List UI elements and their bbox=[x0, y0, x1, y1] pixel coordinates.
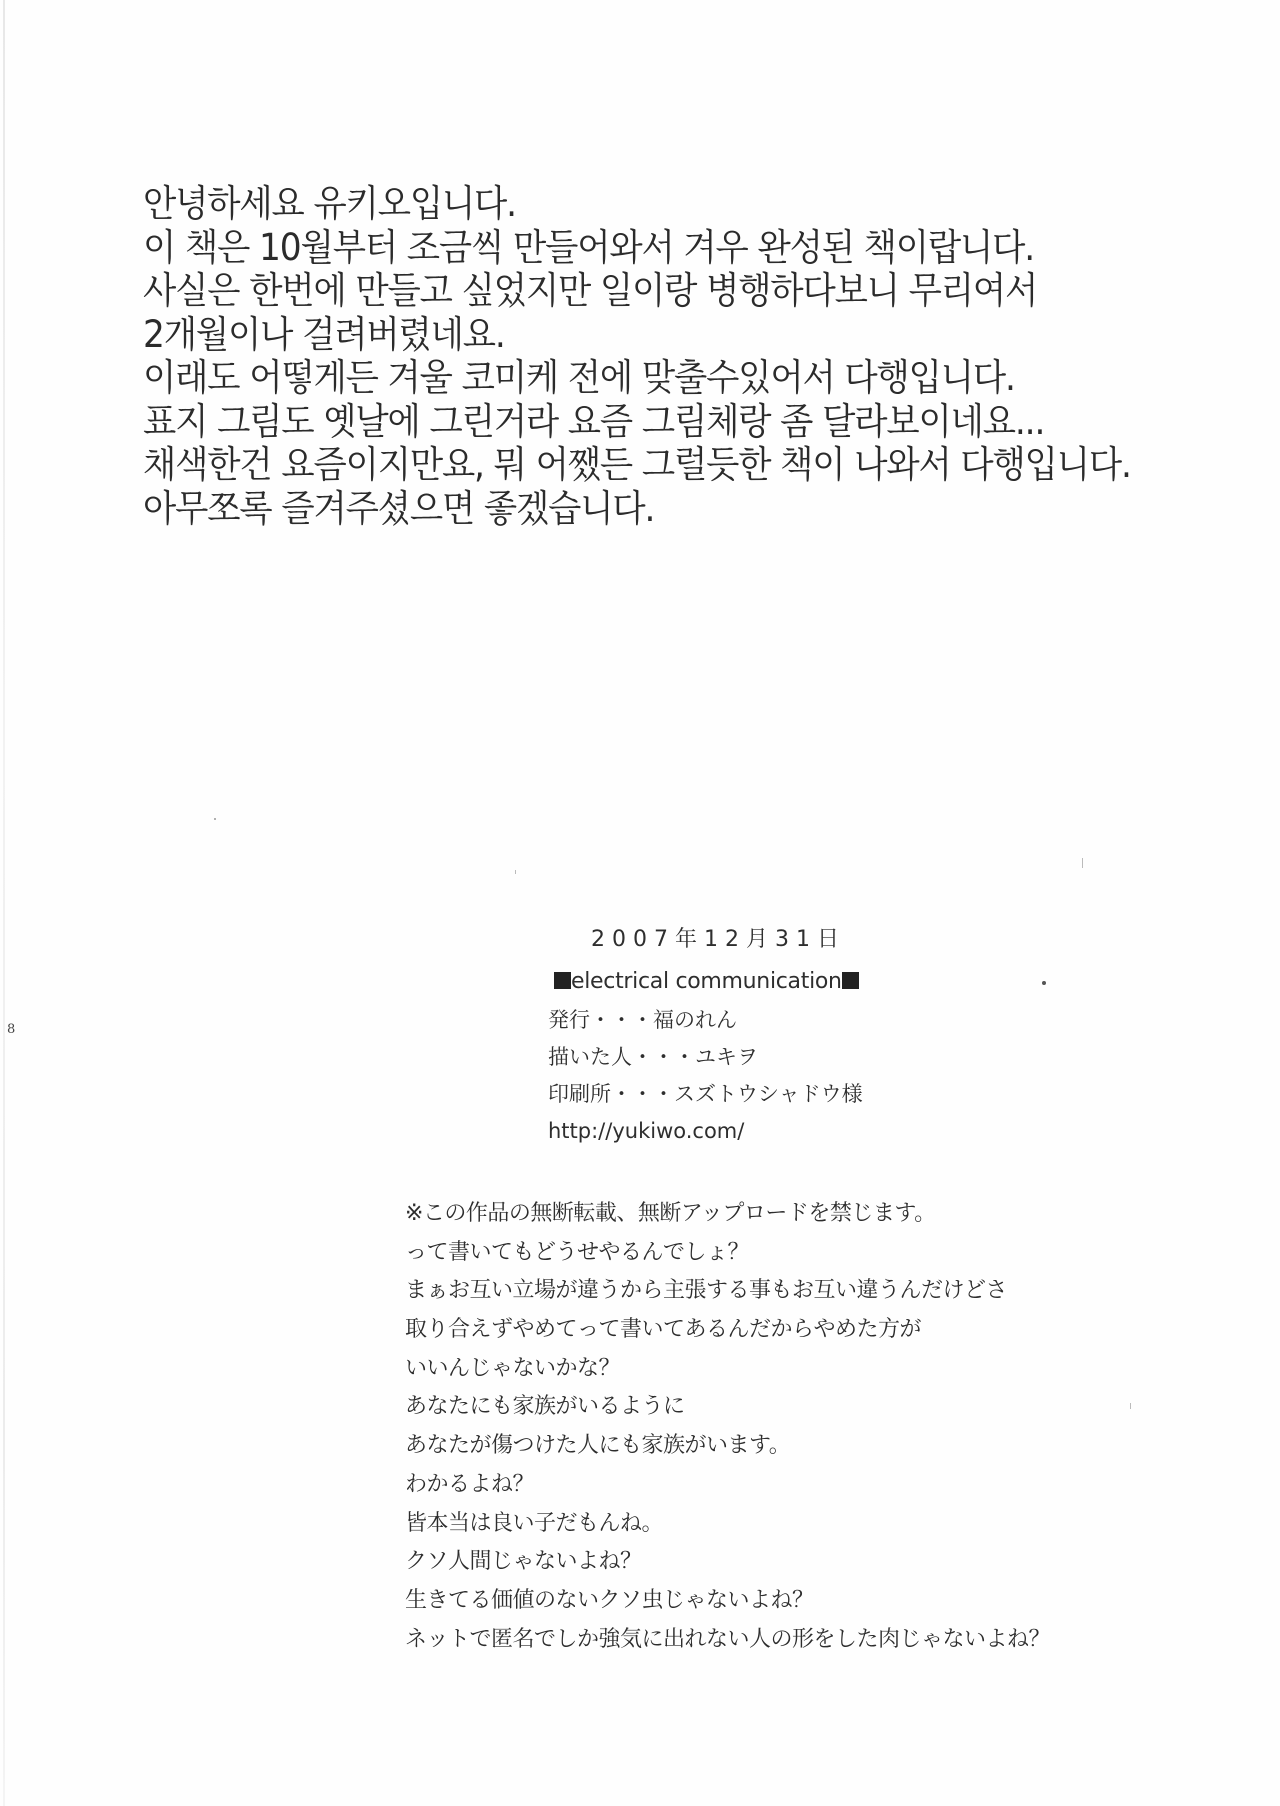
korean-line: 이래도 어떻게든 겨울 코미케 전에 맞출수있어서 다행입니다. bbox=[143, 356, 1092, 400]
scan-mark bbox=[1082, 858, 1083, 868]
scanned-page: 안녕하세요 유키오입니다. 이 책은 10월부터 조금씩 만들어와서 겨우 완성… bbox=[0, 0, 1280, 1806]
korean-line: 2개월이나 걸려버렸네요. bbox=[143, 313, 1092, 357]
colophon: 2007年12月31日 electrical communication 発行・… bbox=[548, 918, 1048, 1150]
notice-line: わかるよね？ bbox=[405, 1466, 1265, 1505]
notice-line: ネットで匿名でしか強気に出れない人の形をした肉じゃないよね？ bbox=[405, 1621, 1265, 1660]
korean-line: 안녕하세요 유키오입니다. bbox=[143, 182, 1092, 226]
square-bullet-icon bbox=[554, 972, 571, 989]
book-title: electrical communication bbox=[548, 962, 1048, 1002]
publication-date: 2007年12月31日 bbox=[548, 918, 1048, 962]
korean-line: 사실은 한번에 만들고 싶었지만 일이랑 병행하다보니 무리여서 bbox=[143, 269, 1092, 313]
notice-line: あなたが傷つけた人にも家族がいます。 bbox=[405, 1427, 1265, 1466]
scan-speck bbox=[1042, 981, 1046, 985]
notice-line: クソ人間じゃないよね？ bbox=[405, 1543, 1265, 1582]
notice-line: って書いてもどうせやるんでしょ？ bbox=[405, 1234, 1265, 1273]
notice-line: 生きてる価値のないクソ虫じゃないよね？ bbox=[405, 1582, 1265, 1621]
korean-line: 채색한건 요즘이지만요, 뭐 어쨌든 그럴듯한 책이 나와서 다행입니다. bbox=[143, 443, 1092, 487]
artist-row: 描いた人・・・ユキヲ bbox=[548, 1039, 1048, 1076]
notice-line: 取り合えずやめてって書いてあるんだからやめた方が bbox=[405, 1311, 1265, 1350]
notice-line: ※この作品の無断転載、無断アップロードを禁じます。 bbox=[405, 1195, 1265, 1234]
scan-mark bbox=[1130, 1403, 1131, 1409]
publisher-row: 発行・・・福のれん bbox=[548, 1002, 1048, 1039]
scan-mark bbox=[515, 870, 516, 874]
notice-line: いいんじゃないかな？ bbox=[405, 1350, 1265, 1389]
scan-speck bbox=[214, 818, 216, 820]
website-url: http://yukiwo.com/ bbox=[548, 1113, 1048, 1150]
japanese-notice: ※この作品の無断転載、無断アップロードを禁じます。 って書いてもどうせやるんでし… bbox=[405, 1195, 1265, 1659]
notice-line: あなたにも家族がいるように bbox=[405, 1388, 1265, 1427]
page-number: 8 bbox=[7, 1022, 15, 1037]
notice-line: まぁお互い立場が違うから主張する事もお互い違うんだけどさ bbox=[405, 1272, 1265, 1311]
binding-edge-shadow bbox=[3, 0, 5, 1806]
square-bullet-icon bbox=[842, 972, 859, 989]
korean-line: 이 책은 10월부터 조금씩 만들어와서 겨우 완성된 책이랍니다. bbox=[143, 226, 1092, 270]
notice-line: 皆本当は良い子だもんね。 bbox=[405, 1505, 1265, 1544]
printer-row: 印刷所・・・スズトウシャドウ様 bbox=[548, 1076, 1048, 1113]
korean-line: 표지 그림도 옛날에 그린거라 요즘 그림체랑 좀 달라보이네요... bbox=[143, 400, 1092, 444]
korean-afterword: 안녕하세요 유키오입니다. 이 책은 10월부터 조금씩 만들어와서 겨우 완성… bbox=[143, 182, 1163, 530]
book-title-text: electrical communication bbox=[571, 969, 842, 994]
korean-line: 아무쪼록 즐겨주셨으면 좋겠습니다. bbox=[143, 487, 1092, 531]
